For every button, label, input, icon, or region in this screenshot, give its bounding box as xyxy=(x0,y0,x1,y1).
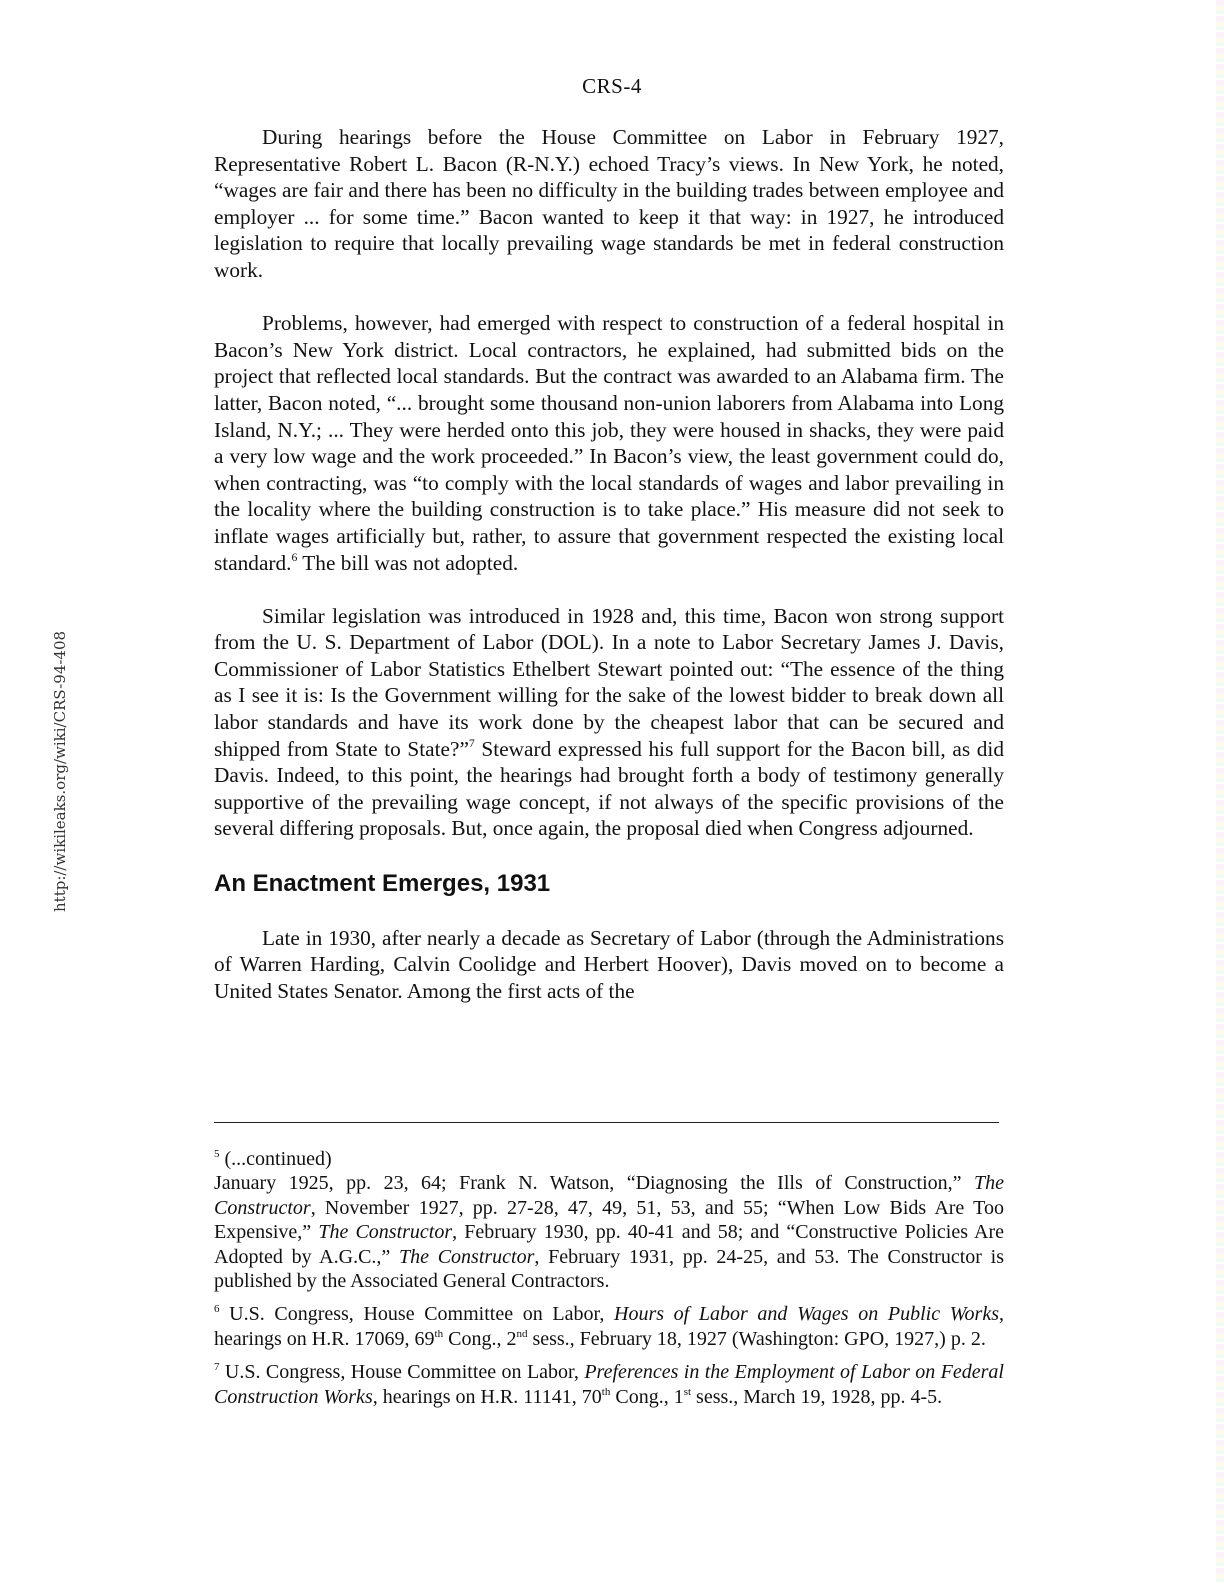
body-text: During hearings before the House Committ… xyxy=(214,124,1004,1031)
footnote-text: sess., March 19, 1928, pp. 4-5. xyxy=(691,1386,942,1408)
footnote-continued-line: 5 (...continued) xyxy=(214,1147,1004,1171)
publication-title: The Constructor xyxy=(318,1221,452,1243)
ordinal-suffix: st xyxy=(684,1385,691,1397)
paragraph-text: During hearings before the House Committ… xyxy=(214,125,1004,282)
footnote-text: , hearings on H.R. 11141, 70 xyxy=(373,1386,602,1408)
section-heading: An Enactment Emerges, 1931 xyxy=(214,869,1004,899)
paragraph-3: Similar legislation was introduced in 19… xyxy=(214,603,1004,842)
footnote-7: 7 U.S. Congress, House Committee on Labo… xyxy=(214,1360,1004,1409)
footnote-text: sess., February 18, 1927 (Washington: GP… xyxy=(527,1328,985,1350)
footnote-text: Cong., 1 xyxy=(610,1386,683,1408)
continued-label: (...continued) xyxy=(225,1148,332,1170)
document-page: CRS-4 http://wikileaks.org/wiki/CRS-94-4… xyxy=(0,0,1224,1584)
footnotes: 5 (...continued) January 1925, pp. 23, 6… xyxy=(214,1147,1004,1418)
footnote-text: U.S. Congress, House Committee on Labor, xyxy=(220,1303,615,1325)
paragraph-text: The bill was not adopted. xyxy=(297,551,518,575)
page-edge-artifact xyxy=(1216,0,1224,1584)
footnote-number: 5 xyxy=(214,1148,220,1160)
side-watermark-url: http://wikileaks.org/wiki/CRS-94-408 xyxy=(51,592,69,912)
footnote-text: Cong., 2 xyxy=(443,1328,516,1350)
footnote-divider xyxy=(214,1122,999,1123)
paragraph-2: Problems, however, had emerged with resp… xyxy=(214,310,1004,576)
footnote-5: 5 (...continued) January 1925, pp. 23, 6… xyxy=(214,1147,1004,1293)
footnote-6: 6 U.S. Congress, House Committee on Labo… xyxy=(214,1302,1004,1351)
paragraph-1: During hearings before the House Committ… xyxy=(214,124,1004,284)
paragraph-4: Late in 1930, after nearly a decade as S… xyxy=(214,925,1004,1005)
paragraph-text: Late in 1930, after nearly a decade as S… xyxy=(214,926,1004,1003)
footnote-text: January 1925, pp. 23, 64; Frank N. Watso… xyxy=(214,1172,974,1194)
ordinal-suffix: th xyxy=(435,1328,444,1340)
paragraph-text: Problems, however, had emerged with resp… xyxy=(214,311,1004,574)
hearing-title: Hours of Labor and Wages on Public Works xyxy=(614,1303,999,1325)
publication-title: The Constructor xyxy=(399,1246,534,1268)
ordinal-suffix: nd xyxy=(516,1328,527,1340)
running-head: CRS-4 xyxy=(0,74,1224,99)
footnote-text: U.S. Congress, House Committee on Labor, xyxy=(220,1361,585,1383)
